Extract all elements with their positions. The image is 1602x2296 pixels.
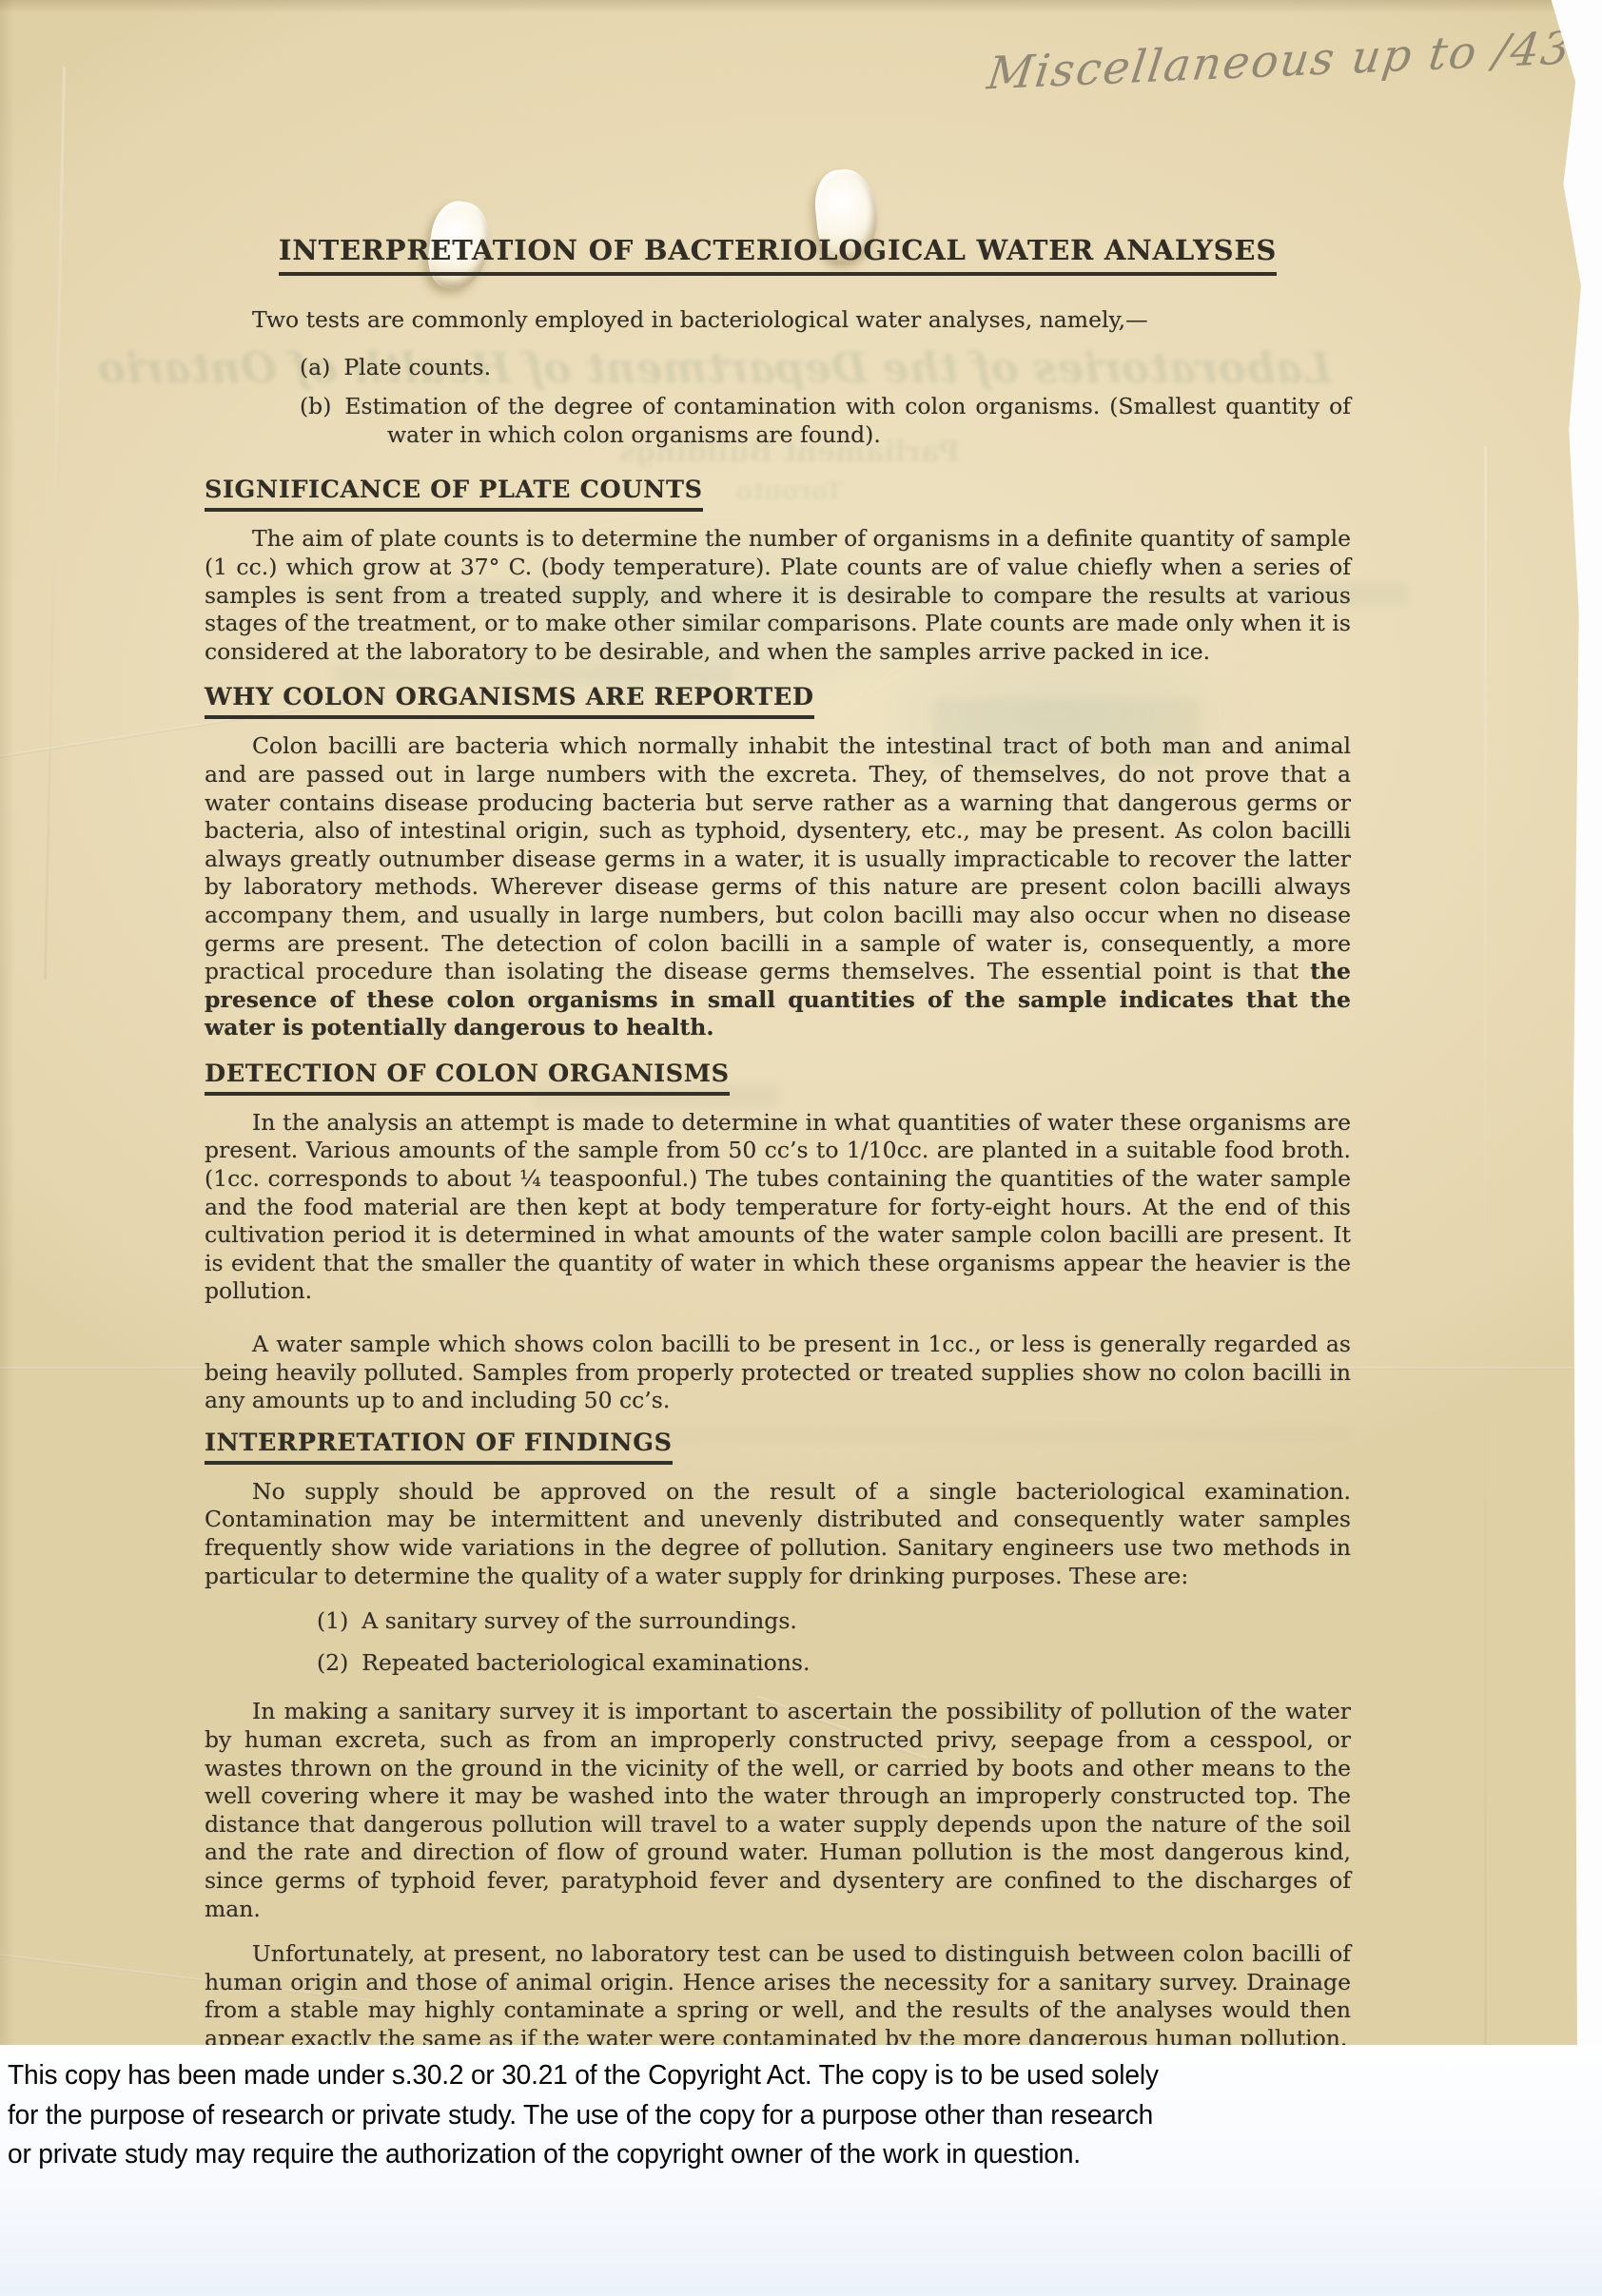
section-heading: DETECTION OF COLON ORGANISMS [205, 1060, 1351, 1096]
copyright-line: for the purpose of research or private s… [8, 2096, 1170, 2136]
list-item: (2)Repeated bacteriological examinations… [317, 1649, 1351, 1678]
page-title: INTERPRETATION OF BACTERIOLOGICAL WATER … [205, 234, 1351, 276]
list-item: (a)Plate counts. [300, 354, 1351, 382]
list-item-marker: (a) [300, 354, 330, 380]
handwritten-note: Miscellaneous up to /43 [985, 25, 1524, 101]
torn-paper-edge [1547, 0, 1602, 2045]
copyright-line: This copy has been made under s.30.2 or … [8, 2056, 1170, 2096]
intro-paragraph: Two tests are commonly employed in bacte… [205, 306, 1351, 335]
list-item: (b)Estimation of the degree of contamina… [300, 393, 1351, 449]
list-item-text: Plate counts. [343, 354, 491, 380]
list-item-text: Estimation of the degree of contaminatio… [344, 393, 1351, 448]
section-heading: SIGNIFICANCE OF PLATE COUNTS [205, 476, 1351, 512]
copyright-line: or private study may require the authori… [8, 2135, 1170, 2175]
list-item-text: A sanitary survey of the surroundings. [361, 1607, 797, 1634]
paragraph: Colon bacilli are bacteria which normall… [205, 732, 1351, 1042]
paragraph: A water sample which shows colon bacilli… [205, 1331, 1351, 1415]
paragraph: The aim of plate counts is to determine … [205, 525, 1351, 666]
crease-line [44, 67, 66, 980]
list-item-text: Repeated bacteriological examinations. [361, 1649, 810, 1676]
document-body: INTERPRETATION OF BACTERIOLOGICAL WATER … [205, 234, 1351, 2144]
crease-line [1484, 447, 1487, 2045]
paragraph: In making a sanitary survey it is import… [205, 1698, 1351, 1923]
copyright-notice: This copy has been made under s.30.2 or … [8, 2056, 1170, 2175]
list-item-marker: (1) [317, 1607, 348, 1634]
list-item-marker: (b) [300, 393, 331, 419]
paragraph: No supply should be approved on the resu… [205, 1478, 1351, 1590]
list-item: (1)A sanitary survey of the surroundings… [317, 1607, 1351, 1636]
list-item-marker: (2) [317, 1649, 348, 1676]
section-heading: WHY COLON ORGANISMS ARE REPORTED [205, 683, 1351, 719]
scanned-document-page: Laboratories of the Department of Health… [0, 0, 1602, 2296]
paragraph-text: Colon bacilli are bacteria which normall… [205, 732, 1351, 984]
copyright-band: This copy has been made under s.30.2 or … [0, 2045, 1602, 2296]
paragraph: In the analysis an attempt is made to de… [205, 1109, 1351, 1306]
paragraph: Unfortunately, at present, no laboratory… [205, 1940, 1351, 2053]
section-heading: INTERPRETATION OF FINDINGS [205, 1429, 1351, 1465]
paper-sheet: Laboratories of the Department of Health… [0, 0, 1602, 2047]
